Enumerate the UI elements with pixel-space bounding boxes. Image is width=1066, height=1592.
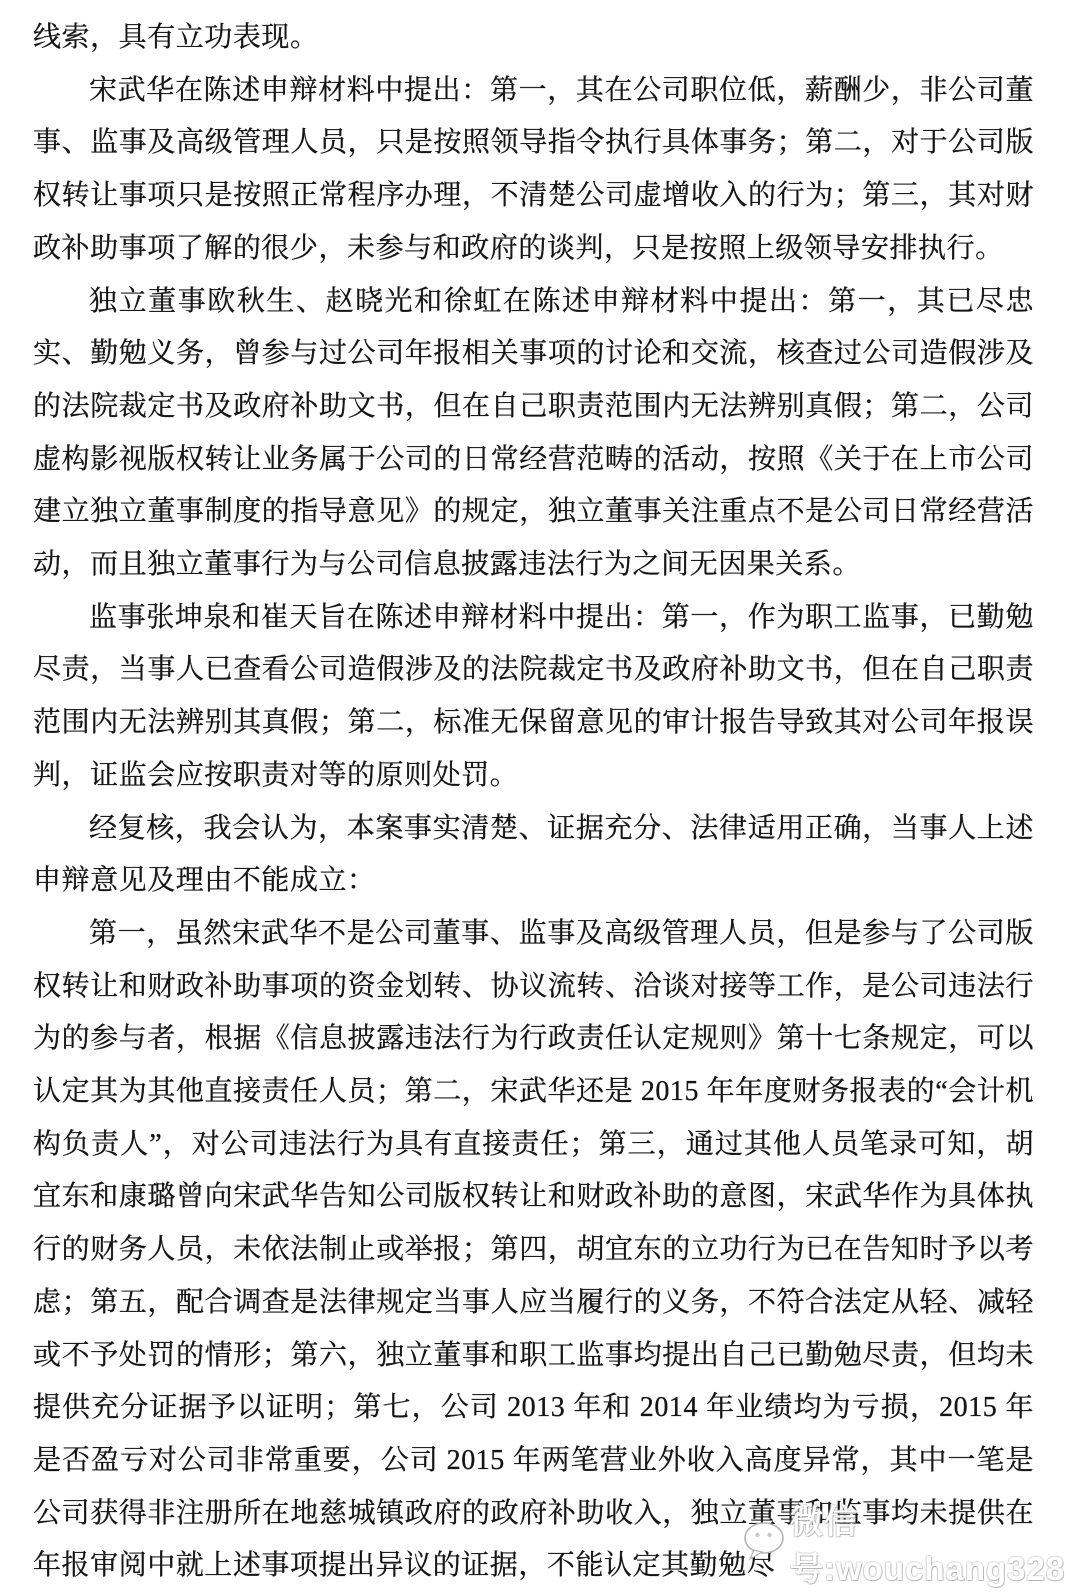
document-page: 线索，具有立功表现。 宋武华在陈述申辩材料中提出：第一，其在公司职位低，薪酬少，…	[0, 0, 1066, 1592]
paragraph-independent-directors-defense: 独立董事欧秋生、赵晓光和徐虹在陈述申辩材料中提出：第一，其已尽忠实、勤勉义务，曾…	[33, 276, 1034, 592]
document-body: 线索，具有立功表现。 宋武华在陈述申辩材料中提出：第一，其在公司职位低，薪酬少，…	[33, 12, 1034, 1592]
paragraph-songwuhua-defense: 宋武华在陈述申辩材料中提出：第一，其在公司职位低，薪酬少，非公司董事、监事及高级…	[33, 65, 1034, 276]
paragraph-rebuttal-points: 第一，虽然宋武华不是公司董事、监事及高级管理人员，但是参与了公司版权转让和财政补…	[33, 908, 1034, 1592]
paragraph-supervisors-defense: 监事张坤泉和崔天旨在陈述申辩材料中提出：第一，作为职工监事，已勤勉尽责，当事人已…	[33, 592, 1034, 803]
paragraph-continuation: 线索，具有立功表现。	[33, 12, 1034, 65]
paragraph-review-conclusion: 经复核，我会认为，本案事实清楚、证据充分、法律适用正确，当事人上述申辩意见及理由…	[33, 803, 1034, 908]
